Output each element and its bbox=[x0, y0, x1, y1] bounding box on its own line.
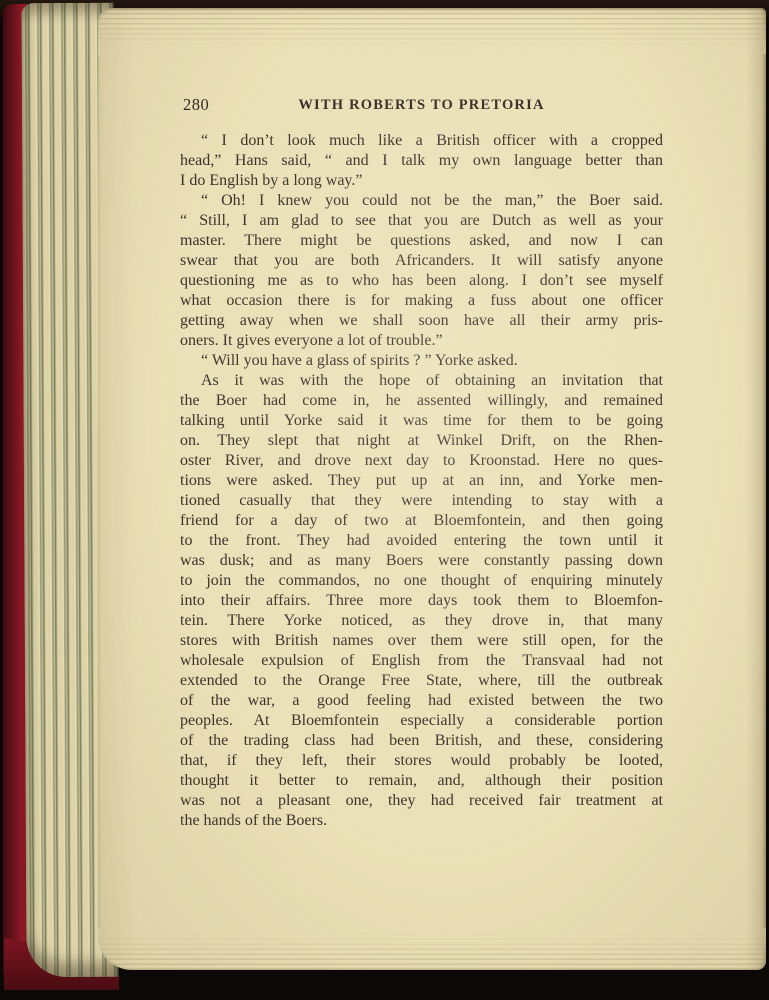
text-line: on. They slept that night at Winkel Drif… bbox=[180, 431, 663, 451]
text-line: tions were asked. They put up at an inn,… bbox=[180, 471, 663, 491]
text-line: oster River, and drove next day to Kroon… bbox=[180, 451, 663, 471]
text-line: talking until Yorke said it was time for… bbox=[180, 411, 663, 431]
text-line: what occasion there is for making a fuss… bbox=[180, 291, 663, 311]
text-line: was not a pleasant one, they had receive… bbox=[180, 791, 663, 811]
text-line: getting away when we shall soon have all… bbox=[180, 311, 663, 331]
text-line: of the war, a good feeling had existed b… bbox=[180, 691, 663, 711]
text-line: to the front. They had avoided entering … bbox=[180, 531, 663, 551]
text-line: peoples. At Bloemfontein especially a co… bbox=[180, 711, 663, 731]
text-line: master. There might be questions asked, … bbox=[180, 231, 663, 251]
text-line: to join the commandos, no one thought of… bbox=[180, 571, 663, 591]
text-line: oners. It gives everyone a lot of troubl… bbox=[180, 331, 663, 351]
text-line: tein. There Yorke noticed, as they drove… bbox=[180, 611, 663, 631]
text-line: extended to the Orange Free State, where… bbox=[180, 671, 663, 691]
text-line: of the trading class had been British, a… bbox=[180, 731, 663, 751]
text-line: wholesale expulsion of English from the … bbox=[180, 651, 663, 671]
text-line: friend for a day of two at Bloemfontein,… bbox=[180, 511, 663, 531]
text-line: the hands of the Boers. bbox=[180, 811, 663, 831]
book-scan: 280 WITH ROBERTS TO PRETORIA “ I don’t l… bbox=[0, 0, 769, 1000]
text-line: swear that you are both Africanders. It … bbox=[180, 251, 663, 271]
text-line: thought it better to remain, and, althou… bbox=[180, 771, 663, 791]
running-header: WITH ROBERTS TO PRETORIA bbox=[180, 97, 663, 114]
running-header-row: 280 WITH ROBERTS TO PRETORIA bbox=[180, 95, 663, 117]
page-bottom-edge bbox=[98, 928, 766, 970]
text-line: I do English by a long way.” bbox=[180, 171, 663, 191]
text-line: “ Still, I am glad to see that you are D… bbox=[180, 211, 663, 231]
text-line: “ I don’t look much like a British offic… bbox=[180, 131, 663, 151]
body-text: “ I don’t look much like a British offic… bbox=[180, 131, 663, 831]
book-page: 280 WITH ROBERTS TO PRETORIA “ I don’t l… bbox=[98, 8, 766, 970]
text-line: “ Oh! I knew you could not be the man,” … bbox=[180, 191, 663, 211]
text-line: As it was with the hope of obtaining an … bbox=[180, 371, 663, 391]
text-line: questioning me as to who has been along.… bbox=[180, 271, 663, 291]
text-line: “ Will you have a glass of spirits ? ” Y… bbox=[180, 351, 663, 371]
text-line: was dusk; and as many Boers were constan… bbox=[180, 551, 663, 571]
text-line: into their affairs. Three more days took… bbox=[180, 591, 663, 611]
text-line: the Boer had come in, he assented willin… bbox=[180, 391, 663, 411]
text-line: stores with British names over them were… bbox=[180, 631, 663, 651]
text-line: tioned casually that they were intending… bbox=[180, 491, 663, 511]
text-line: that, if they left, their stores would p… bbox=[180, 751, 663, 771]
page-top-edge bbox=[98, 8, 766, 54]
text-line: head,” Hans said, “ and I talk my own la… bbox=[180, 151, 663, 171]
